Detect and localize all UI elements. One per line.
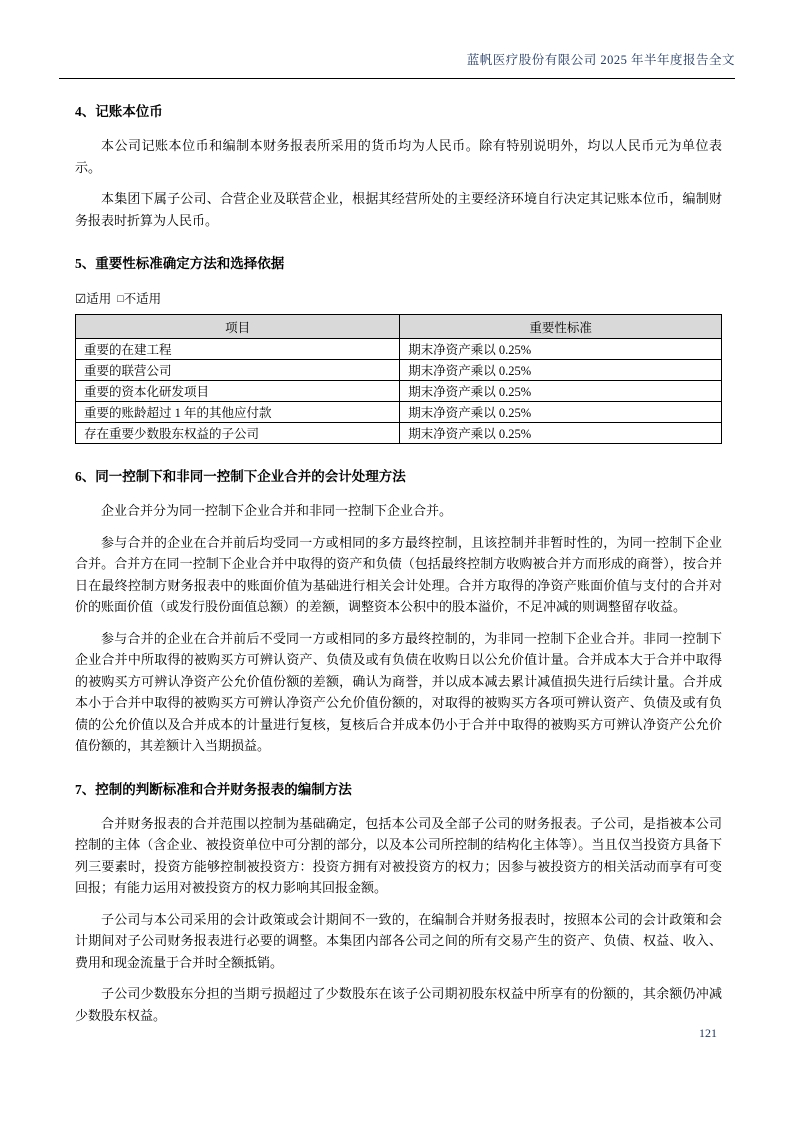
table-row: 重要的联营公司 期末净资产乘以 0.25% xyxy=(76,360,722,381)
section-4-paragraph-2: 本集团下属子公司、合营企业及联营企业，根据其经营所处的主要经济环境自行决定其记账… xyxy=(75,188,722,231)
table-header-item: 项目 xyxy=(76,315,400,339)
table-cell-item: 存在重要少数股东权益的子公司 xyxy=(76,423,400,444)
section-7-heading: 7、控制的判断标准和合并财务报表的编制方法 xyxy=(75,781,722,799)
report-header-title: 蓝帆医疗股份有限公司 2025 年半年度报告全文 xyxy=(59,0,735,79)
not-applicable-checkbox-icon: □ xyxy=(117,294,123,305)
applicable-label: 适用 xyxy=(86,292,111,306)
applicability-line: ☑适用□不适用 xyxy=(75,289,722,307)
page-content: 4、记账本位币 本公司记账本位币和编制本财务报表所采用的货币均为人民币。除有特别… xyxy=(0,103,794,1026)
section-7-paragraph-3: 子公司少数股东分担的当期亏损超过了少数股东在该子公司期初股东权益中所享有的份额的… xyxy=(75,983,722,1026)
section-7-paragraph-1: 合并财务报表的合并范围以控制为基础确定，包括本公司及全部子公司的财务报表。子公司… xyxy=(75,813,722,899)
document-page: 蓝帆医疗股份有限公司 2025 年半年度报告全文 4、记账本位币 本公司记账本位… xyxy=(0,0,794,1123)
table-header-standard: 重要性标准 xyxy=(400,315,722,339)
table-row: 存在重要少数股东权益的子公司 期末净资产乘以 0.25% xyxy=(76,423,722,444)
table-header-row: 项目 重要性标准 xyxy=(76,315,722,339)
section-6-paragraph-2: 参与合并的企业在合并前后均受同一方或相同的多方最终控制，且该控制并非暂时性的，为… xyxy=(75,532,722,618)
section-4-heading: 4、记账本位币 xyxy=(75,103,722,121)
materiality-standard-table: 项目 重要性标准 重要的在建工程 期末净资产乘以 0.25% 重要的联营公司 期… xyxy=(75,314,722,444)
section-5-heading: 5、重要性标准确定方法和选择依据 xyxy=(75,255,722,273)
section-6-paragraph-1: 企业合并分为同一控制下企业合并和非同一控制下企业合并。 xyxy=(75,500,722,522)
table-cell-item: 重要的在建工程 xyxy=(76,339,400,360)
table-row: 重要的资本化研发项目 期末净资产乘以 0.25% xyxy=(76,381,722,402)
table-cell-item: 重要的联营公司 xyxy=(76,360,400,381)
table-cell-standard: 期末净资产乘以 0.25% xyxy=(400,381,722,402)
section-6-paragraph-3: 参与合并的企业在合并前后不受同一方或相同的多方最终控制的，为非同一控制下企业合并… xyxy=(75,628,722,757)
table-cell-standard: 期末净资产乘以 0.25% xyxy=(400,423,722,444)
table-cell-standard: 期末净资产乘以 0.25% xyxy=(400,360,722,381)
table-cell-standard: 期末净资产乘以 0.25% xyxy=(400,339,722,360)
table-row: 重要的账龄超过 1 年的其他应付款 期末净资产乘以 0.25% xyxy=(76,402,722,423)
applicable-checkbox-icon: ☑ xyxy=(75,291,86,307)
section-6-heading: 6、同一控制下和非同一控制下企业合并的会计处理方法 xyxy=(75,468,722,486)
table-row: 重要的在建工程 期末净资产乘以 0.25% xyxy=(76,339,722,360)
table-cell-standard: 期末净资产乘以 0.25% xyxy=(400,402,722,423)
section-4-paragraph-1: 本公司记账本位币和编制本财务报表所采用的货币均为人民币。除有特别说明外，均以人民… xyxy=(75,135,722,178)
section-7-paragraph-2: 子公司与本公司采用的会计政策或会计期间不一致的，在编制合并财务报表时，按照本公司… xyxy=(75,909,722,974)
page-number: 121 xyxy=(699,1026,717,1041)
table-cell-item: 重要的账龄超过 1 年的其他应付款 xyxy=(76,402,400,423)
table-cell-item: 重要的资本化研发项目 xyxy=(76,381,400,402)
not-applicable-label: 不适用 xyxy=(124,292,162,306)
